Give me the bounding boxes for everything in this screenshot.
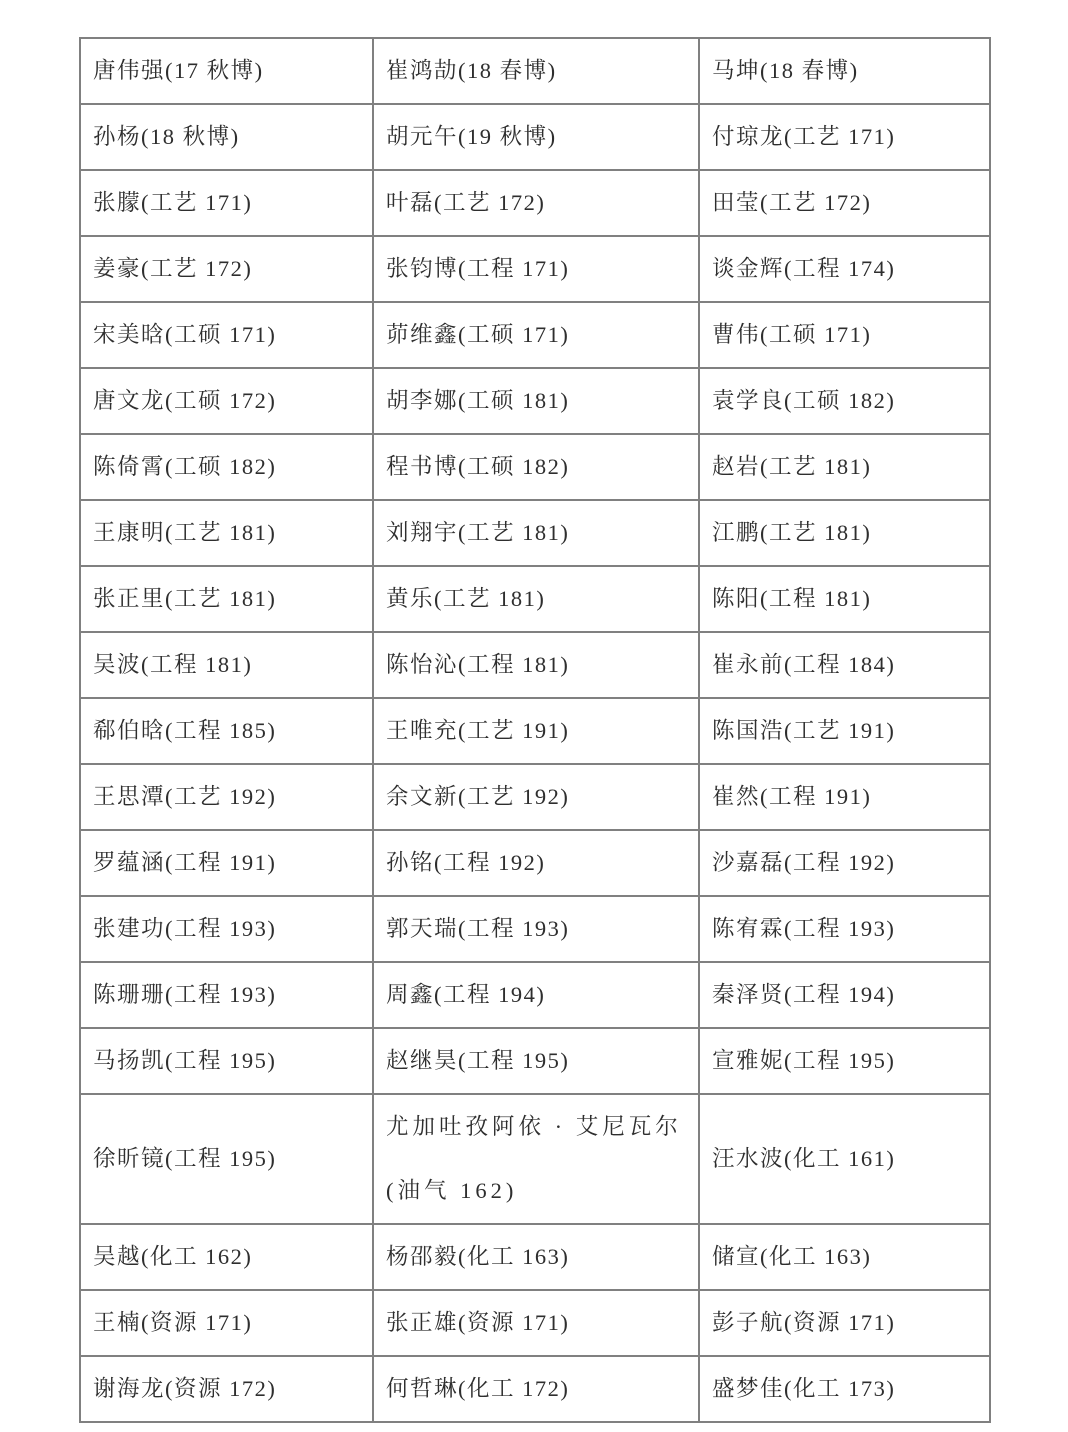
table-row: 马扬凯(工程 195)赵继昊(工程 195)宣雅妮(工程 195) [80,1028,990,1094]
table-cell: 王唯充(工艺 191) [373,698,699,764]
table-cell: 宋美晗(工硕 171) [80,302,373,368]
table-cell: 吴波(工程 181) [80,632,373,698]
table-cell: 唐伟强(17 秋博) [80,38,373,104]
table-row: 王思潭(工艺 192)余文新(工艺 192)崔然(工程 191) [80,764,990,830]
table-cell: 付琼龙(工艺 171) [699,104,990,170]
table-cell: 杨邵毅(化工 163) [373,1224,699,1290]
table-cell: 王康明(工艺 181) [80,500,373,566]
table-cell: 陈阳(工程 181) [699,566,990,632]
table-cell: 沙嘉磊(工程 192) [699,830,990,896]
document-page: 唐伟强(17 秋博)崔鸿劼(18 春博)马坤(18 春博)孙杨(18 秋博)胡元… [0,0,1068,1432]
table-cell: 黄乐(工艺 181) [373,566,699,632]
table-cell: 陈宥霖(工程 193) [699,896,990,962]
table-cell: 袁学良(工硕 182) [699,368,990,434]
table-cell: 刘翔宇(工艺 181) [373,500,699,566]
table-cell: 姜豪(工艺 172) [80,236,373,302]
table-cell: 储宣(化工 163) [699,1224,990,1290]
table-cell: 谈金辉(工程 174) [699,236,990,302]
table-cell: 郗伯晗(工程 185) [80,698,373,764]
table-cell: 张钧博(工程 171) [373,236,699,302]
student-roster-table: 唐伟强(17 秋博)崔鸿劼(18 春博)马坤(18 春博)孙杨(18 秋博)胡元… [79,37,991,1423]
table-cell: 罗蕴涵(工程 191) [80,830,373,896]
table-cell: 茆维鑫(工硕 171) [373,302,699,368]
table-cell: 吴越(化工 162) [80,1224,373,1290]
table-row: 徐昕镜(工程 195)尤加吐孜阿依 · 艾尼瓦尔(油气 162)汪水波(化工 1… [80,1094,990,1224]
table-cell: 陈珊珊(工程 193) [80,962,373,1028]
table-row: 罗蕴涵(工程 191)孙铭(工程 192)沙嘉磊(工程 192) [80,830,990,896]
table-cell: 崔鸿劼(18 春博) [373,38,699,104]
table-cell: 崔然(工程 191) [699,764,990,830]
table-cell: 马坤(18 春博) [699,38,990,104]
table-cell: 赵继昊(工程 195) [373,1028,699,1094]
table-cell: 王楠(资源 171) [80,1290,373,1356]
table-cell: 田莹(工艺 172) [699,170,990,236]
table-cell: 崔永前(工程 184) [699,632,990,698]
table-row: 郗伯晗(工程 185)王唯充(工艺 191)陈国浩(工艺 191) [80,698,990,764]
table-cell: 谢海龙(资源 172) [80,1356,373,1422]
table-row: 吴波(工程 181)陈怡沁(工程 181)崔永前(工程 184) [80,632,990,698]
table-cell: 张朦(工艺 171) [80,170,373,236]
table-cell: 徐昕镜(工程 195) [80,1094,373,1224]
table-cell: 曹伟(工硕 171) [699,302,990,368]
table-row: 唐伟强(17 秋博)崔鸿劼(18 春博)马坤(18 春博) [80,38,990,104]
table-cell: 马扬凯(工程 195) [80,1028,373,1094]
table-cell: 孙铭(工程 192) [373,830,699,896]
table-cell: 唐文龙(工硕 172) [80,368,373,434]
table-cell: 王思潭(工艺 192) [80,764,373,830]
table-cell: 秦泽贤(工程 194) [699,962,990,1028]
table-row: 王楠(资源 171)张正雄(资源 171)彭子航(资源 171) [80,1290,990,1356]
table-cell: 陈国浩(工艺 191) [699,698,990,764]
table-row: 谢海龙(资源 172)何哲琳(化工 172)盛梦佳(化工 173) [80,1356,990,1422]
table-cell: 张正里(工艺 181) [80,566,373,632]
table-cell: 张建功(工程 193) [80,896,373,962]
table-row: 陈倚霄(工硕 182)程书博(工硕 182)赵岩(工艺 181) [80,434,990,500]
table-cell: 赵岩(工艺 181) [699,434,990,500]
table-cell: 江鹏(工艺 181) [699,500,990,566]
table-cell: 尤加吐孜阿依 · 艾尼瓦尔(油气 162) [373,1094,699,1224]
table-row: 唐文龙(工硕 172)胡李娜(工硕 181)袁学良(工硕 182) [80,368,990,434]
table-row: 张朦(工艺 171)叶磊(工艺 172)田莹(工艺 172) [80,170,990,236]
table-cell: 周鑫(工程 194) [373,962,699,1028]
table-cell: 胡元午(19 秋博) [373,104,699,170]
table-cell: 何哲琳(化工 172) [373,1356,699,1422]
table-cell: 余文新(工艺 192) [373,764,699,830]
table-cell: 张正雄(资源 171) [373,1290,699,1356]
table-row: 姜豪(工艺 172)张钧博(工程 171)谈金辉(工程 174) [80,236,990,302]
table-cell: 宣雅妮(工程 195) [699,1028,990,1094]
table-cell: 胡李娜(工硕 181) [373,368,699,434]
table-row: 宋美晗(工硕 171)茆维鑫(工硕 171)曹伟(工硕 171) [80,302,990,368]
table-cell: 陈倚霄(工硕 182) [80,434,373,500]
table-cell: 孙杨(18 秋博) [80,104,373,170]
table-cell: 盛梦佳(化工 173) [699,1356,990,1422]
table-row: 张正里(工艺 181)黄乐(工艺 181)陈阳(工程 181) [80,566,990,632]
table-row: 吴越(化工 162)杨邵毅(化工 163)储宣(化工 163) [80,1224,990,1290]
roster-table-body: 唐伟强(17 秋博)崔鸿劼(18 春博)马坤(18 春博)孙杨(18 秋博)胡元… [80,38,990,1422]
table-cell: 汪水波(化工 161) [699,1094,990,1224]
table-row: 王康明(工艺 181)刘翔宇(工艺 181)江鹏(工艺 181) [80,500,990,566]
table-row: 孙杨(18 秋博)胡元午(19 秋博)付琼龙(工艺 171) [80,104,990,170]
table-cell: 彭子航(资源 171) [699,1290,990,1356]
table-cell: 程书博(工硕 182) [373,434,699,500]
table-cell: 叶磊(工艺 172) [373,170,699,236]
table-cell: 郭天瑞(工程 193) [373,896,699,962]
table-row: 陈珊珊(工程 193)周鑫(工程 194)秦泽贤(工程 194) [80,962,990,1028]
table-row: 张建功(工程 193)郭天瑞(工程 193)陈宥霖(工程 193) [80,896,990,962]
table-cell: 陈怡沁(工程 181) [373,632,699,698]
